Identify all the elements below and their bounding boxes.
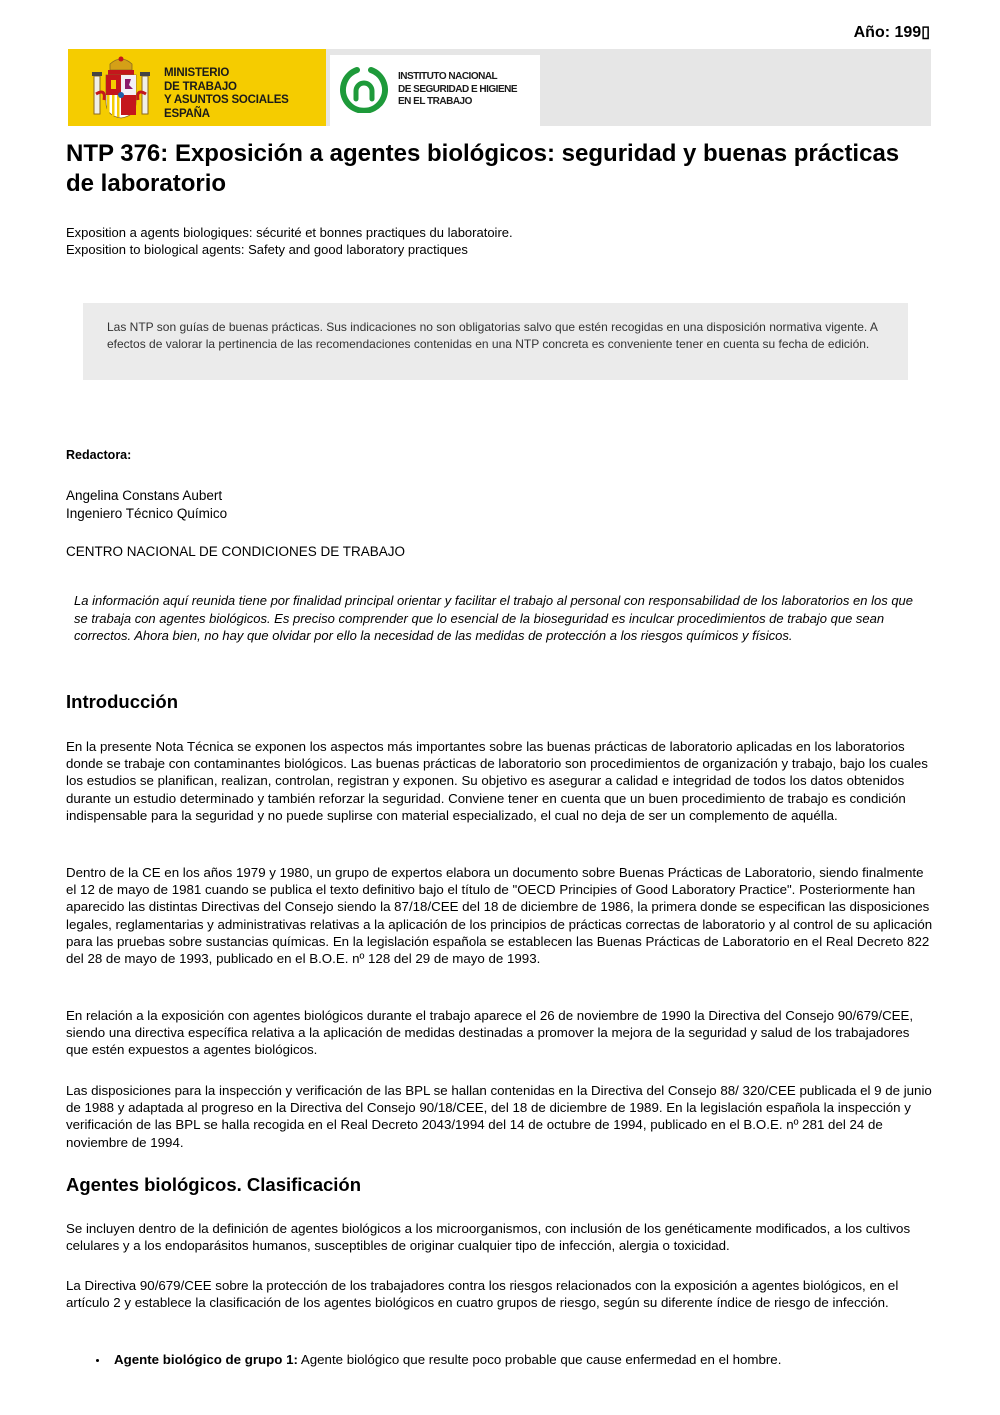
document-title: NTP 376: Exposición a agentes biológicos… [66,139,926,199]
paragraph: En relación a la exposición con agentes … [66,1007,934,1059]
alternate-titles: Exposition a agents biologiques: sécurit… [66,224,513,258]
institute-ring-icon [340,65,388,113]
list-item: Agente biológico de grupo 1: Agente biol… [96,1351,926,1368]
ministry-logo-text: MINISTERIO DE TRABAJO Y ASUNTOS SOCIALES… [164,67,289,121]
author-name: Angelina Constans Aubert [66,487,227,505]
paragraph: La Directiva 90/679/CEE sobre la protecc… [66,1277,934,1311]
list-item-text: Agente biológico que resulte poco probab… [298,1352,781,1367]
disclaimer-notice: Las NTP son guías de buenas prácticas. S… [83,303,908,380]
alt-title-french: Exposition a agents biologiques: sécurit… [66,224,513,241]
author-label: Redactora: [66,448,131,462]
institute-logo-text: INSTITUTO NACIONAL DE SEGURIDAD E HIGIEN… [398,71,517,109]
author-role: Ingeniero Técnico Químico [66,505,227,523]
list-item-term: Agente biológico de grupo 1: [114,1352,298,1367]
header-banner: MINISTERIO DE TRABAJO Y ASUNTOS SOCIALES… [68,49,931,126]
coat-of-arms-icon [92,54,150,122]
ministry-logo: MINISTERIO DE TRABAJO Y ASUNTOS SOCIALES… [68,49,326,126]
year-label: Año: 199▯ [854,22,930,42]
author-organization: CENTRO NACIONAL DE CONDICIONES DE TRABAJ… [66,544,405,559]
section-heading-introduccion: Introducción [66,691,178,713]
paragraph: En la presente Nota Técnica se exponen l… [66,738,934,824]
paragraph: Se incluyen dentro de la definición de a… [66,1220,934,1254]
paragraph: Dentro de la CE en los años 1979 y 1980,… [66,864,934,967]
author-block: Angelina Constans Aubert Ingeniero Técni… [66,487,227,522]
bullet-icon [96,1359,99,1362]
alt-title-english: Exposition to biological agents: Safety … [66,241,513,258]
institute-logo: INSTITUTO NACIONAL DE SEGURIDAD E HIGIEN… [330,55,540,126]
paragraph: Las disposiciones para la inspección y v… [66,1082,934,1151]
section-heading-clasificacion: Agentes biológicos. Clasificación [66,1174,361,1196]
abstract: La información aquí reunida tiene por fi… [74,592,924,645]
